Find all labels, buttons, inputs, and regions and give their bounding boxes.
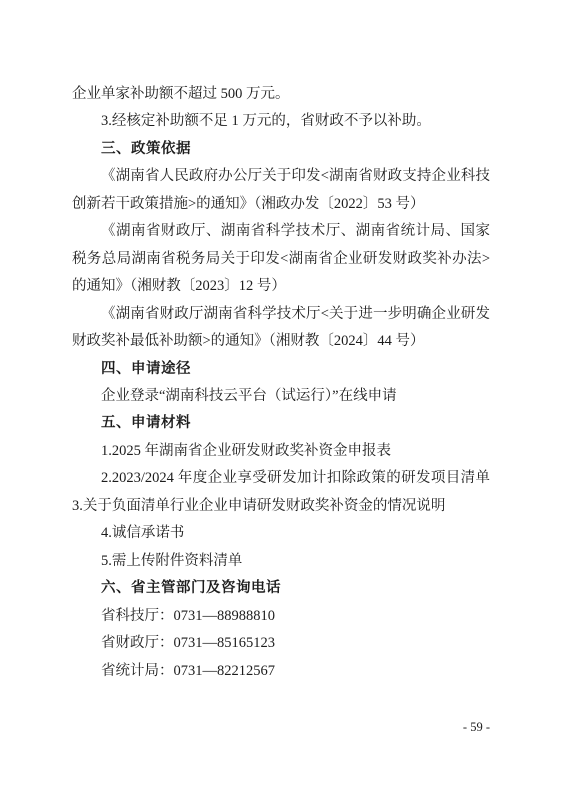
para-material-4: 4.诚信承诺书	[72, 520, 490, 547]
para-policy-doc-1: 《湖南省人民政府办公厅关于印发<湖南省财政支持企业科技创新若干政策措施>的通知》…	[72, 163, 490, 218]
heading-departments-contacts: 六、省主管部门及咨询电话	[72, 575, 490, 602]
para-contact-statistics-bureau: 省统计局：0731—82212567	[72, 658, 490, 685]
document-page: 企业单家补助额不超过 500 万元。 3.经核定补助额不足 1 万元的，省财政不…	[0, 0, 561, 793]
para-min-subsidy-rule: 3.经核定补助额不足 1 万元的，省财政不予以补助。	[72, 108, 490, 135]
para-material-1: 1.2025 年湖南省企业研发财政奖补资金申报表	[72, 438, 490, 465]
heading-policy-basis: 三、政策依据	[72, 136, 490, 163]
para-material-5: 5.需上传附件资料清单	[72, 548, 490, 575]
para-material-2-3: 2.2023/2024 年度企业享受研发加计扣除政策的研发项目清单 3.关于负面…	[72, 465, 490, 520]
heading-application-materials: 五、申请材料	[72, 410, 490, 437]
para-application-channel: 企业登录“湖南科技云平台（试运行）”在线申请	[72, 383, 490, 410]
para-subsidy-cap-continuation: 企业单家补助额不超过 500 万元。	[72, 81, 490, 108]
para-contact-science-dept: 省科技厅：0731—88988810	[72, 603, 490, 630]
para-policy-doc-2: 《湖南省财政厅、湖南省科学技术厅、湖南省统计局、国家税务总局湖南省税务局关于印发…	[72, 218, 490, 300]
document-body: 企业单家补助额不超过 500 万元。 3.经核定补助额不足 1 万元的，省财政不…	[72, 81, 490, 685]
para-contact-finance-dept: 省财政厅：0731—85165123	[72, 630, 490, 657]
para-policy-doc-3: 《湖南省财政厅湖南省科学技术厅<关于进一步明确企业研发财政奖补最低补助额>的通知…	[72, 301, 490, 356]
heading-application-channel: 四、申请途径	[72, 356, 490, 383]
page-number: - 59 -	[463, 720, 490, 735]
